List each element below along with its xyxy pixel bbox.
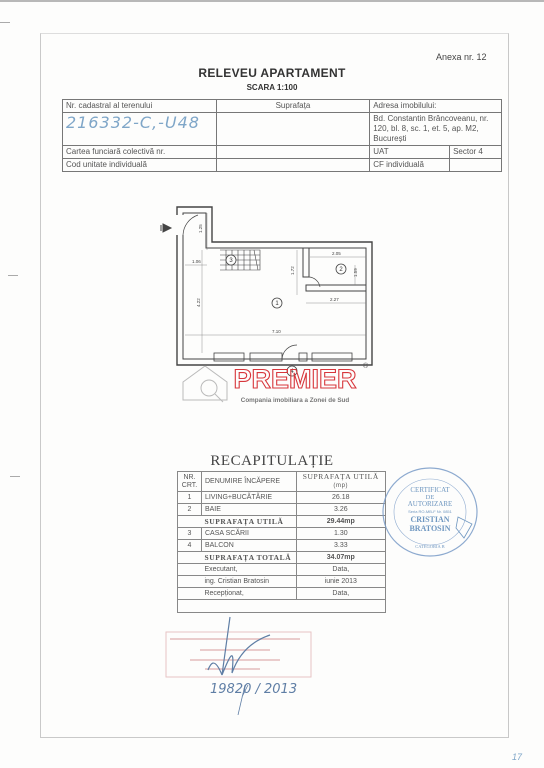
uat-label: UAT	[370, 146, 450, 159]
dimension-label: 4.22	[196, 298, 201, 307]
watermark-tagline: Compania imobiliara a Zonei de Sud	[241, 397, 350, 404]
handwritten-registration-number: 19820 / 2013	[210, 682, 297, 697]
house-magnifier-icon	[183, 366, 227, 402]
stamp-text: AUTORIZARE	[408, 500, 453, 508]
dimension-label: 2.27	[330, 297, 339, 302]
document-scale: SCARA 1:100	[0, 83, 544, 92]
punch-mark	[0, 22, 10, 23]
receptionat-label: Recepționat,	[201, 588, 296, 600]
executant-label: Executant,	[201, 564, 296, 576]
address-label: Adresa imobilului:	[370, 100, 502, 113]
stamp-category: CATEGORIA B	[415, 544, 444, 549]
table-row: 3 CASA SCĂRII 1.30	[178, 528, 386, 540]
cf-value	[450, 159, 502, 172]
cf-label: CF individuală	[370, 159, 450, 172]
executant-date-label: Data,	[296, 564, 385, 576]
entry-arrow-icon	[161, 224, 171, 232]
dimension-label: 1.59	[353, 268, 358, 277]
surface-label: Suprafața	[216, 100, 370, 113]
watermark-brand: PREMIER	[233, 364, 356, 394]
room-marker: 2	[339, 267, 343, 273]
punch-mark	[10, 476, 20, 477]
stamp-name: CRISTIAN	[410, 515, 449, 524]
table-row: 1 LIVING+BUCĂTĂRIE 26.18	[178, 492, 386, 504]
table-row: 2 BAIE 3.26	[178, 504, 386, 516]
executant-date: iunie 2013	[296, 576, 385, 588]
address-value: Bd. Constantin Brâncoveanu, nr. 120, bl.…	[370, 113, 502, 146]
annex-label: Anexa nr. 12	[436, 52, 487, 62]
land-book-value	[216, 146, 370, 159]
dimension-label: 1.72	[290, 266, 295, 275]
registered-mark: ®	[363, 362, 369, 370]
signature	[208, 617, 270, 675]
total-row: SUPRAFAȚA TOTALĂ 34.07mp	[178, 552, 386, 564]
recap-table: NR. CRT. DENUMIRE ÎNCĂPERE SUPRAFAȚA UTI…	[177, 471, 386, 613]
room-marker: 1	[275, 301, 279, 307]
document-title: RELEVEU APARTAMENT	[0, 66, 544, 80]
stamp-text: CERTIFICAT	[410, 486, 450, 494]
stamp-series: Seria RO-MB-F Nr. 0851	[408, 509, 453, 514]
uat-value: Sector 4	[450, 146, 502, 159]
executant-name: ing. Cristian Bratosin	[201, 576, 296, 588]
stamp-name: BRATOSIN	[409, 524, 450, 533]
dimension-label: 7.10	[272, 329, 281, 334]
authorization-stamp: CERTIFICAT DE AUTORIZARE Seria RO-MB-F N…	[380, 462, 480, 562]
dimension-label: 1.06	[192, 259, 201, 264]
dimension-label: 1.25	[198, 224, 203, 233]
header-nr: NR. CRT.	[178, 472, 202, 492]
punch-mark	[8, 275, 18, 276]
receptionat-date-label: Data,	[296, 588, 385, 600]
unit-code-label: Cod unitate individuală	[63, 159, 217, 172]
header-name: DENUMIRE ÎNCĂPERE	[201, 472, 296, 492]
page-number: 17	[512, 752, 522, 762]
table-row: 4 BALCON 3.33	[178, 540, 386, 552]
dimension-label: 2.05	[332, 251, 341, 256]
unit-code-value	[216, 159, 370, 172]
reception-stamp-signature: 19820 / 2013	[150, 615, 350, 715]
cadastral-value: 216332-C,-U48	[63, 113, 217, 146]
header-area: SUPRAFAȚA UTILĂ(mp)	[296, 472, 385, 492]
premier-watermark: PREMIER ® Compania imobiliara a Zonei de…	[175, 358, 375, 408]
surface-value	[216, 113, 370, 146]
property-info-table: Nr. cadastral al terenului Suprafața Adr…	[62, 99, 502, 172]
useful-total-row: SUPRAFAȚA UTILĂ 29.44mp	[178, 516, 386, 528]
land-book-label: Cartea funciară colectivă nr.	[63, 146, 217, 159]
cadastral-label: Nr. cadastral al terenului	[63, 100, 217, 113]
scan-top-edge	[0, 0, 544, 2]
